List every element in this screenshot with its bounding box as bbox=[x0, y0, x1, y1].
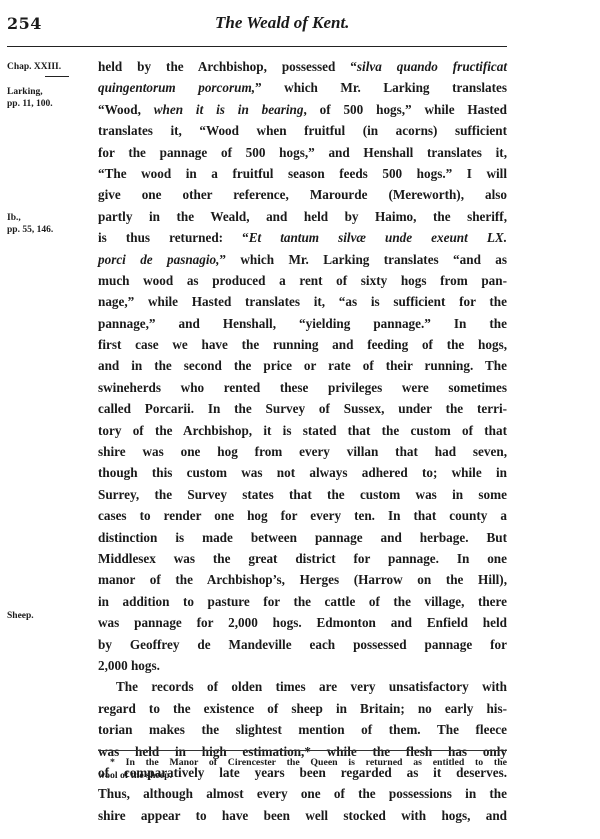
page-number: 254 bbox=[7, 14, 42, 33]
text-line: swineherds who rented these privileges w… bbox=[98, 377, 507, 398]
margin-note-larking: Larking, pp. 11, 100. bbox=[7, 86, 53, 110]
running-title: The Weald of Kent. bbox=[215, 13, 349, 33]
text-line: much wood as produced a rent of sixty ho… bbox=[98, 270, 507, 291]
margin-note-sheep: Sheep. bbox=[7, 610, 34, 622]
chapter-rule bbox=[45, 76, 69, 77]
text-line: torian makes the slightest mention of th… bbox=[98, 719, 507, 740]
text-line: manor of the Archbishop’s, Herges (Harro… bbox=[98, 569, 507, 590]
margin-note-line: Larking, bbox=[7, 86, 53, 98]
margin-note-line: pp. 11, 100. bbox=[7, 98, 53, 110]
text-line: Middlesex was the great district for pan… bbox=[98, 548, 507, 569]
text-line: first case we have the running and feedi… bbox=[98, 334, 507, 355]
footnote: * In the Manor of Cirencester the Queen … bbox=[98, 756, 507, 782]
text-line: distinction is made between pannage and … bbox=[98, 527, 507, 548]
footnote-line: * In the Manor of Cirencester the Queen … bbox=[98, 756, 507, 769]
text-line: though this custom was not always adhere… bbox=[98, 462, 507, 483]
text-line: for the pannage of 500 hogs,” and Hensha… bbox=[98, 142, 507, 163]
margin-note-line: pp. 55, 146. bbox=[7, 224, 53, 236]
text-line: held by the Archbishop, possessed “silva… bbox=[98, 56, 507, 77]
text-line: “Wood, when it is in bearing, of 500 hog… bbox=[98, 99, 507, 120]
text-line: 2,000 hogs. bbox=[98, 655, 507, 676]
text-line: translates it, “Wood when fruitful (in a… bbox=[98, 120, 507, 141]
text-line: porci de pasnagio,” which Mr. Larking tr… bbox=[98, 249, 507, 270]
footnote-rule bbox=[98, 750, 507, 751]
text-line: in addition to pasture for the cattle of… bbox=[98, 591, 507, 612]
text-line: give one other reference, Marourde (Mere… bbox=[98, 184, 507, 205]
text-line: Thus, although almost every one of the p… bbox=[98, 783, 507, 804]
text-line: Surrey, the Survey states that the custo… bbox=[98, 484, 507, 505]
text-line: pannage,” and Henshall, “yielding pannag… bbox=[98, 313, 507, 334]
text-line: quingentorum porcorum,” which Mr. Larkin… bbox=[98, 77, 507, 98]
text-line: is thus returned: “Et tantum silvæ unde … bbox=[98, 227, 507, 248]
footnote-line: wool of the sheep. bbox=[98, 769, 507, 782]
text-line: and in the second the price or rate of t… bbox=[98, 355, 507, 376]
margin-note-line: Sheep. bbox=[7, 610, 34, 622]
text-line: The records of olden times are very unsa… bbox=[98, 676, 507, 697]
margin-note-line: Ib., bbox=[7, 212, 53, 224]
text-line: tory of the Archbishop, it is stated tha… bbox=[98, 420, 507, 441]
chapter-label: Chap. XXIII. bbox=[7, 62, 61, 72]
body-text: held by the Archbishop, possessed “silva… bbox=[98, 56, 507, 826]
text-line: shire was one hog from every villan that… bbox=[98, 441, 507, 462]
header-rule bbox=[7, 46, 507, 47]
text-line: called Porcarii. In the Survey of Sussex… bbox=[98, 398, 507, 419]
text-line: regard to the existence of sheep in Brit… bbox=[98, 698, 507, 719]
text-line: shire appear to have been well stocked w… bbox=[98, 805, 507, 826]
text-line: was pannage for 2,000 hogs. Edmonton and… bbox=[98, 612, 507, 633]
margin-note-chapter: Chap. XXIII. bbox=[7, 61, 69, 79]
text-line: partly in the Weald, and held by Haimo, … bbox=[98, 206, 507, 227]
text-line: cases to render one hog for every ten. I… bbox=[98, 505, 507, 526]
text-line: nage,” while Hasted translates it, “as i… bbox=[98, 291, 507, 312]
page-header: 254 The Weald of Kent. bbox=[7, 10, 507, 40]
margin-note-ib: Ib., pp. 55, 146. bbox=[7, 212, 53, 236]
text-line: “The wood in a fruitful season feeds 500… bbox=[98, 163, 507, 184]
text-line: by Geoffrey de Mandeville each possessed… bbox=[98, 634, 507, 655]
